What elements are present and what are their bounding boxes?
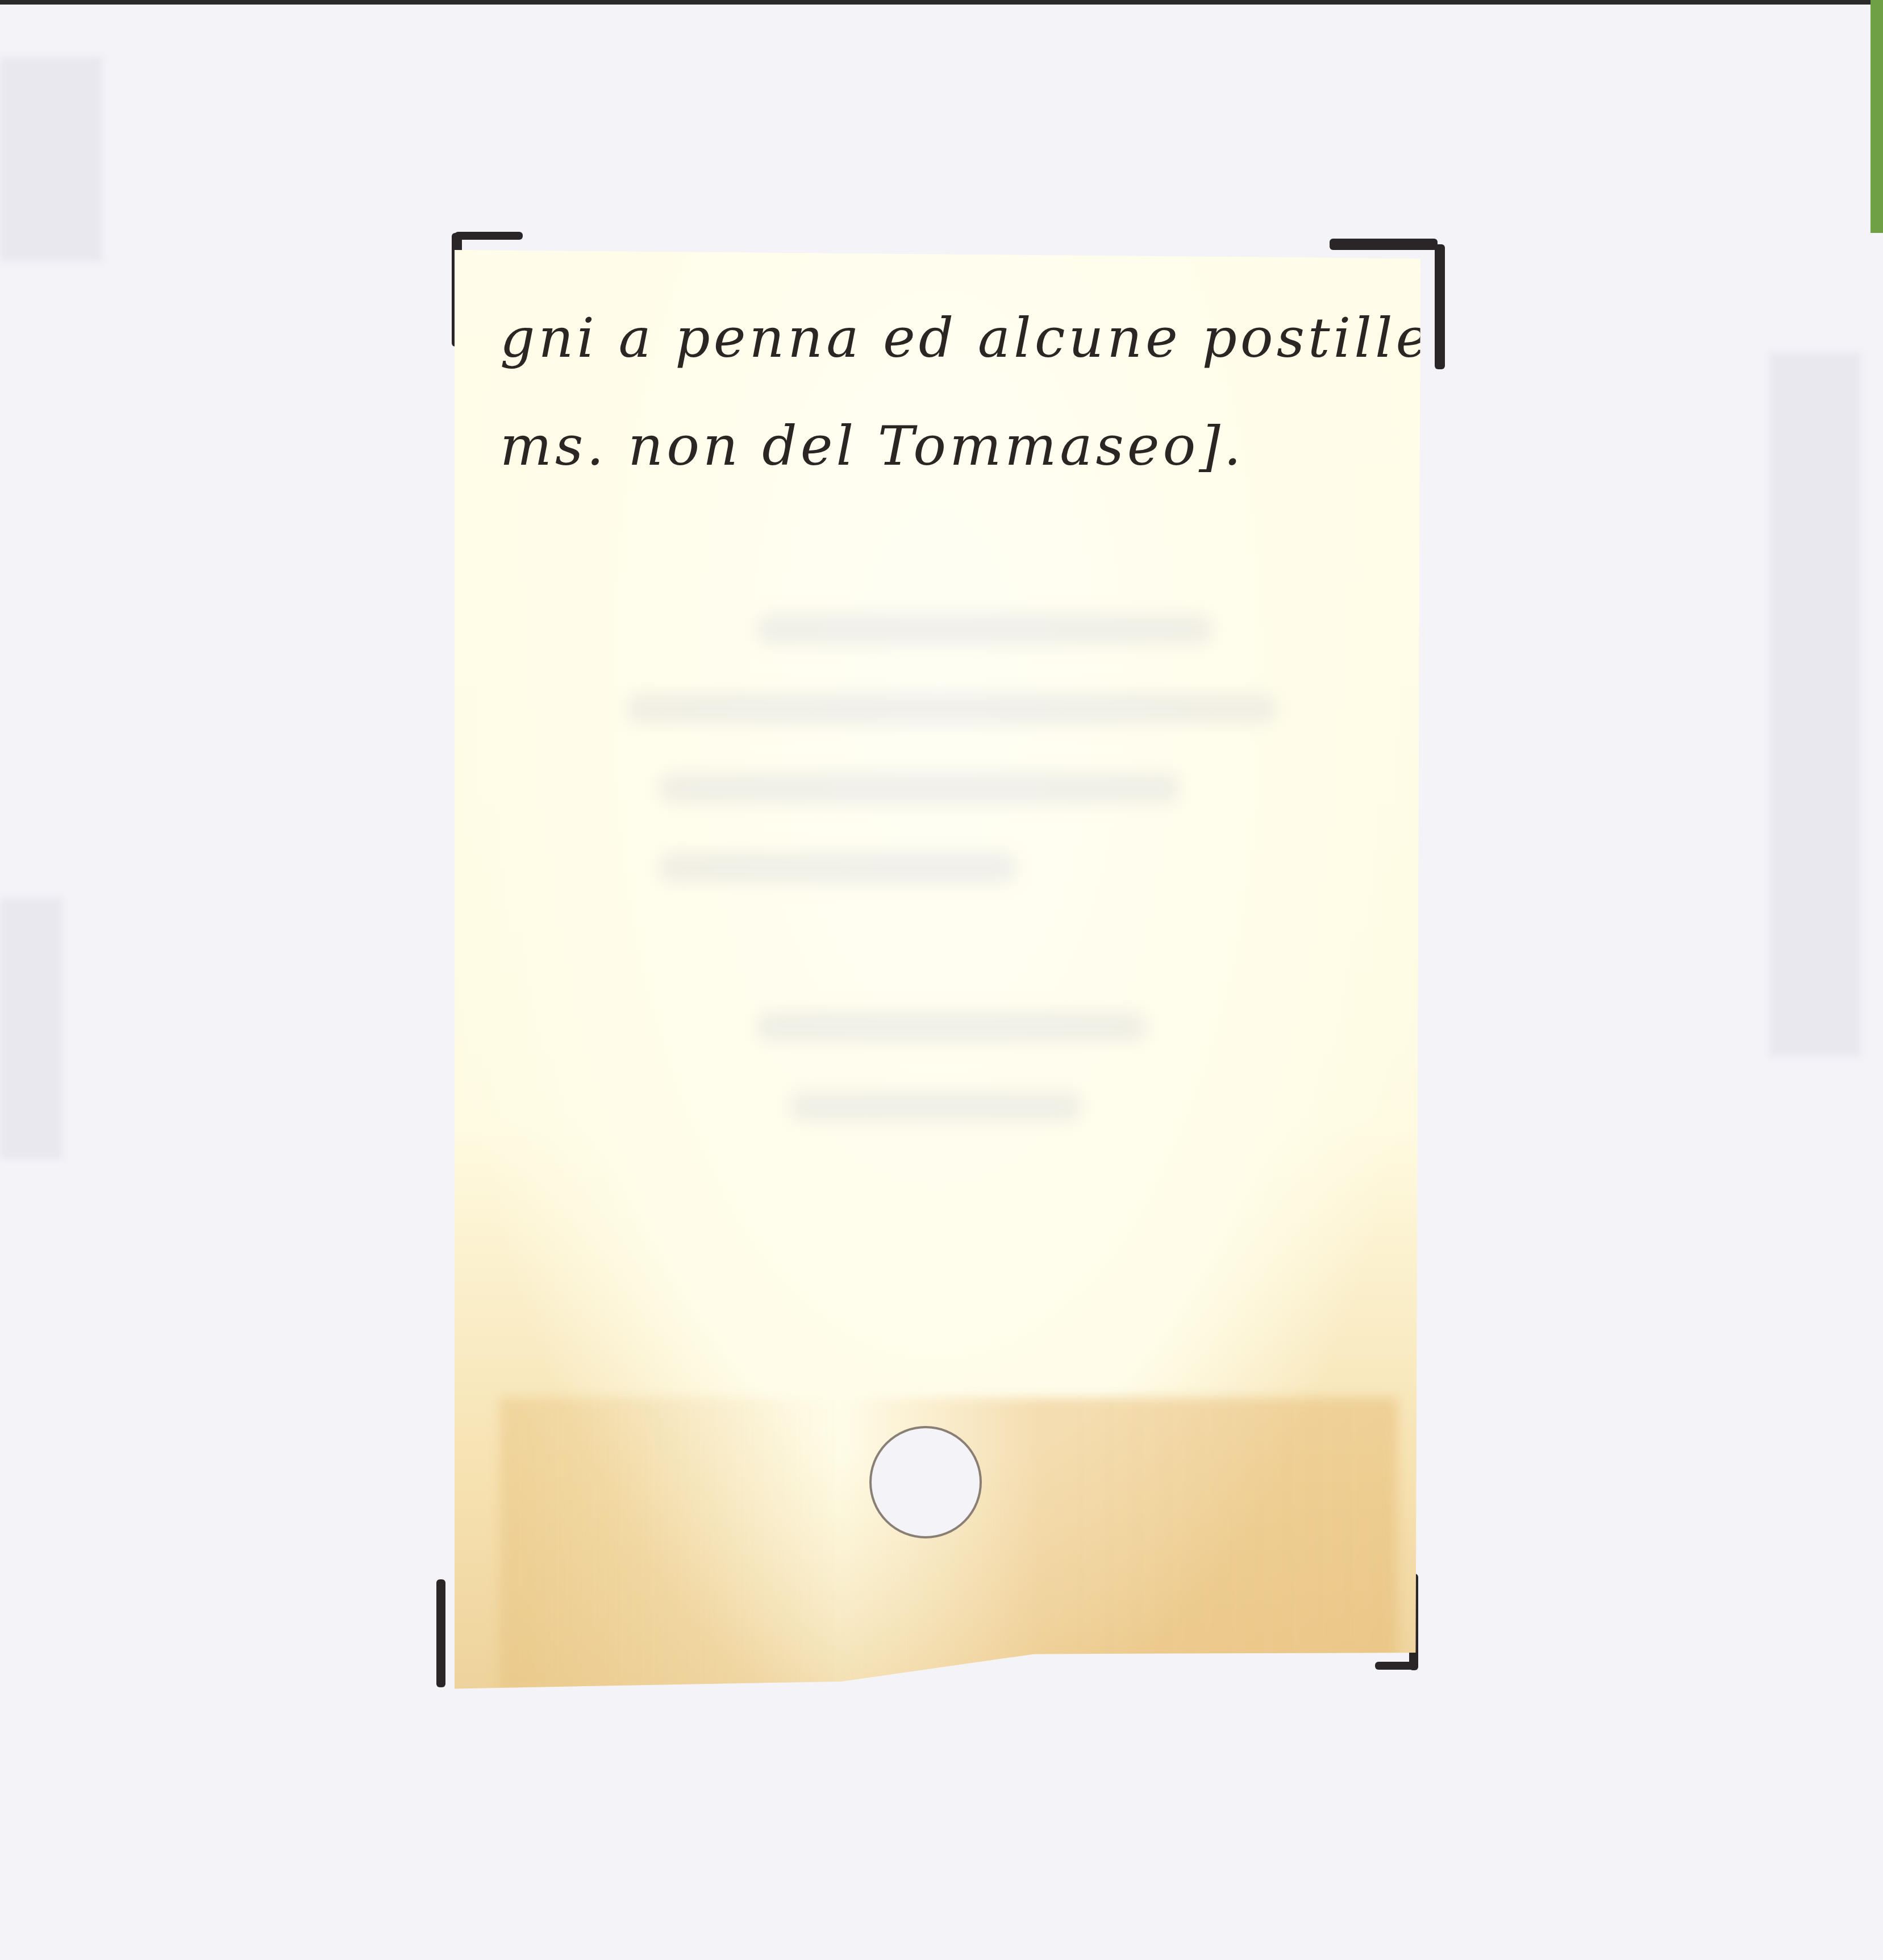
background-blotch [0, 898, 63, 1159]
green-edge-strip [1870, 0, 1883, 233]
mount-corner-bottom-left [436, 1579, 445, 1687]
punch-hole [869, 1426, 982, 1538]
mount-corner-top-left-tab [455, 232, 523, 240]
background-blotch [0, 57, 102, 261]
catalog-card: gni a penna ed alcune postille ms. non d… [455, 250, 1420, 1693]
note-line-2: ms. non del Tommaseo]. [500, 392, 1398, 500]
scanner-top-edge [0, 0, 1883, 5]
bleed-through-text [625, 614, 1278, 1295]
background-blotch [1769, 352, 1860, 1057]
note-line-1: gni a penna ed alcune postille [500, 284, 1398, 392]
mount-corner-bottom-right-tab [1375, 1662, 1415, 1670]
handwritten-note: gni a penna ed alcune postille ms. non d… [500, 284, 1398, 500]
mount-corner-top-right-tab [1330, 239, 1438, 250]
mount-corner-top-right [1435, 244, 1445, 369]
